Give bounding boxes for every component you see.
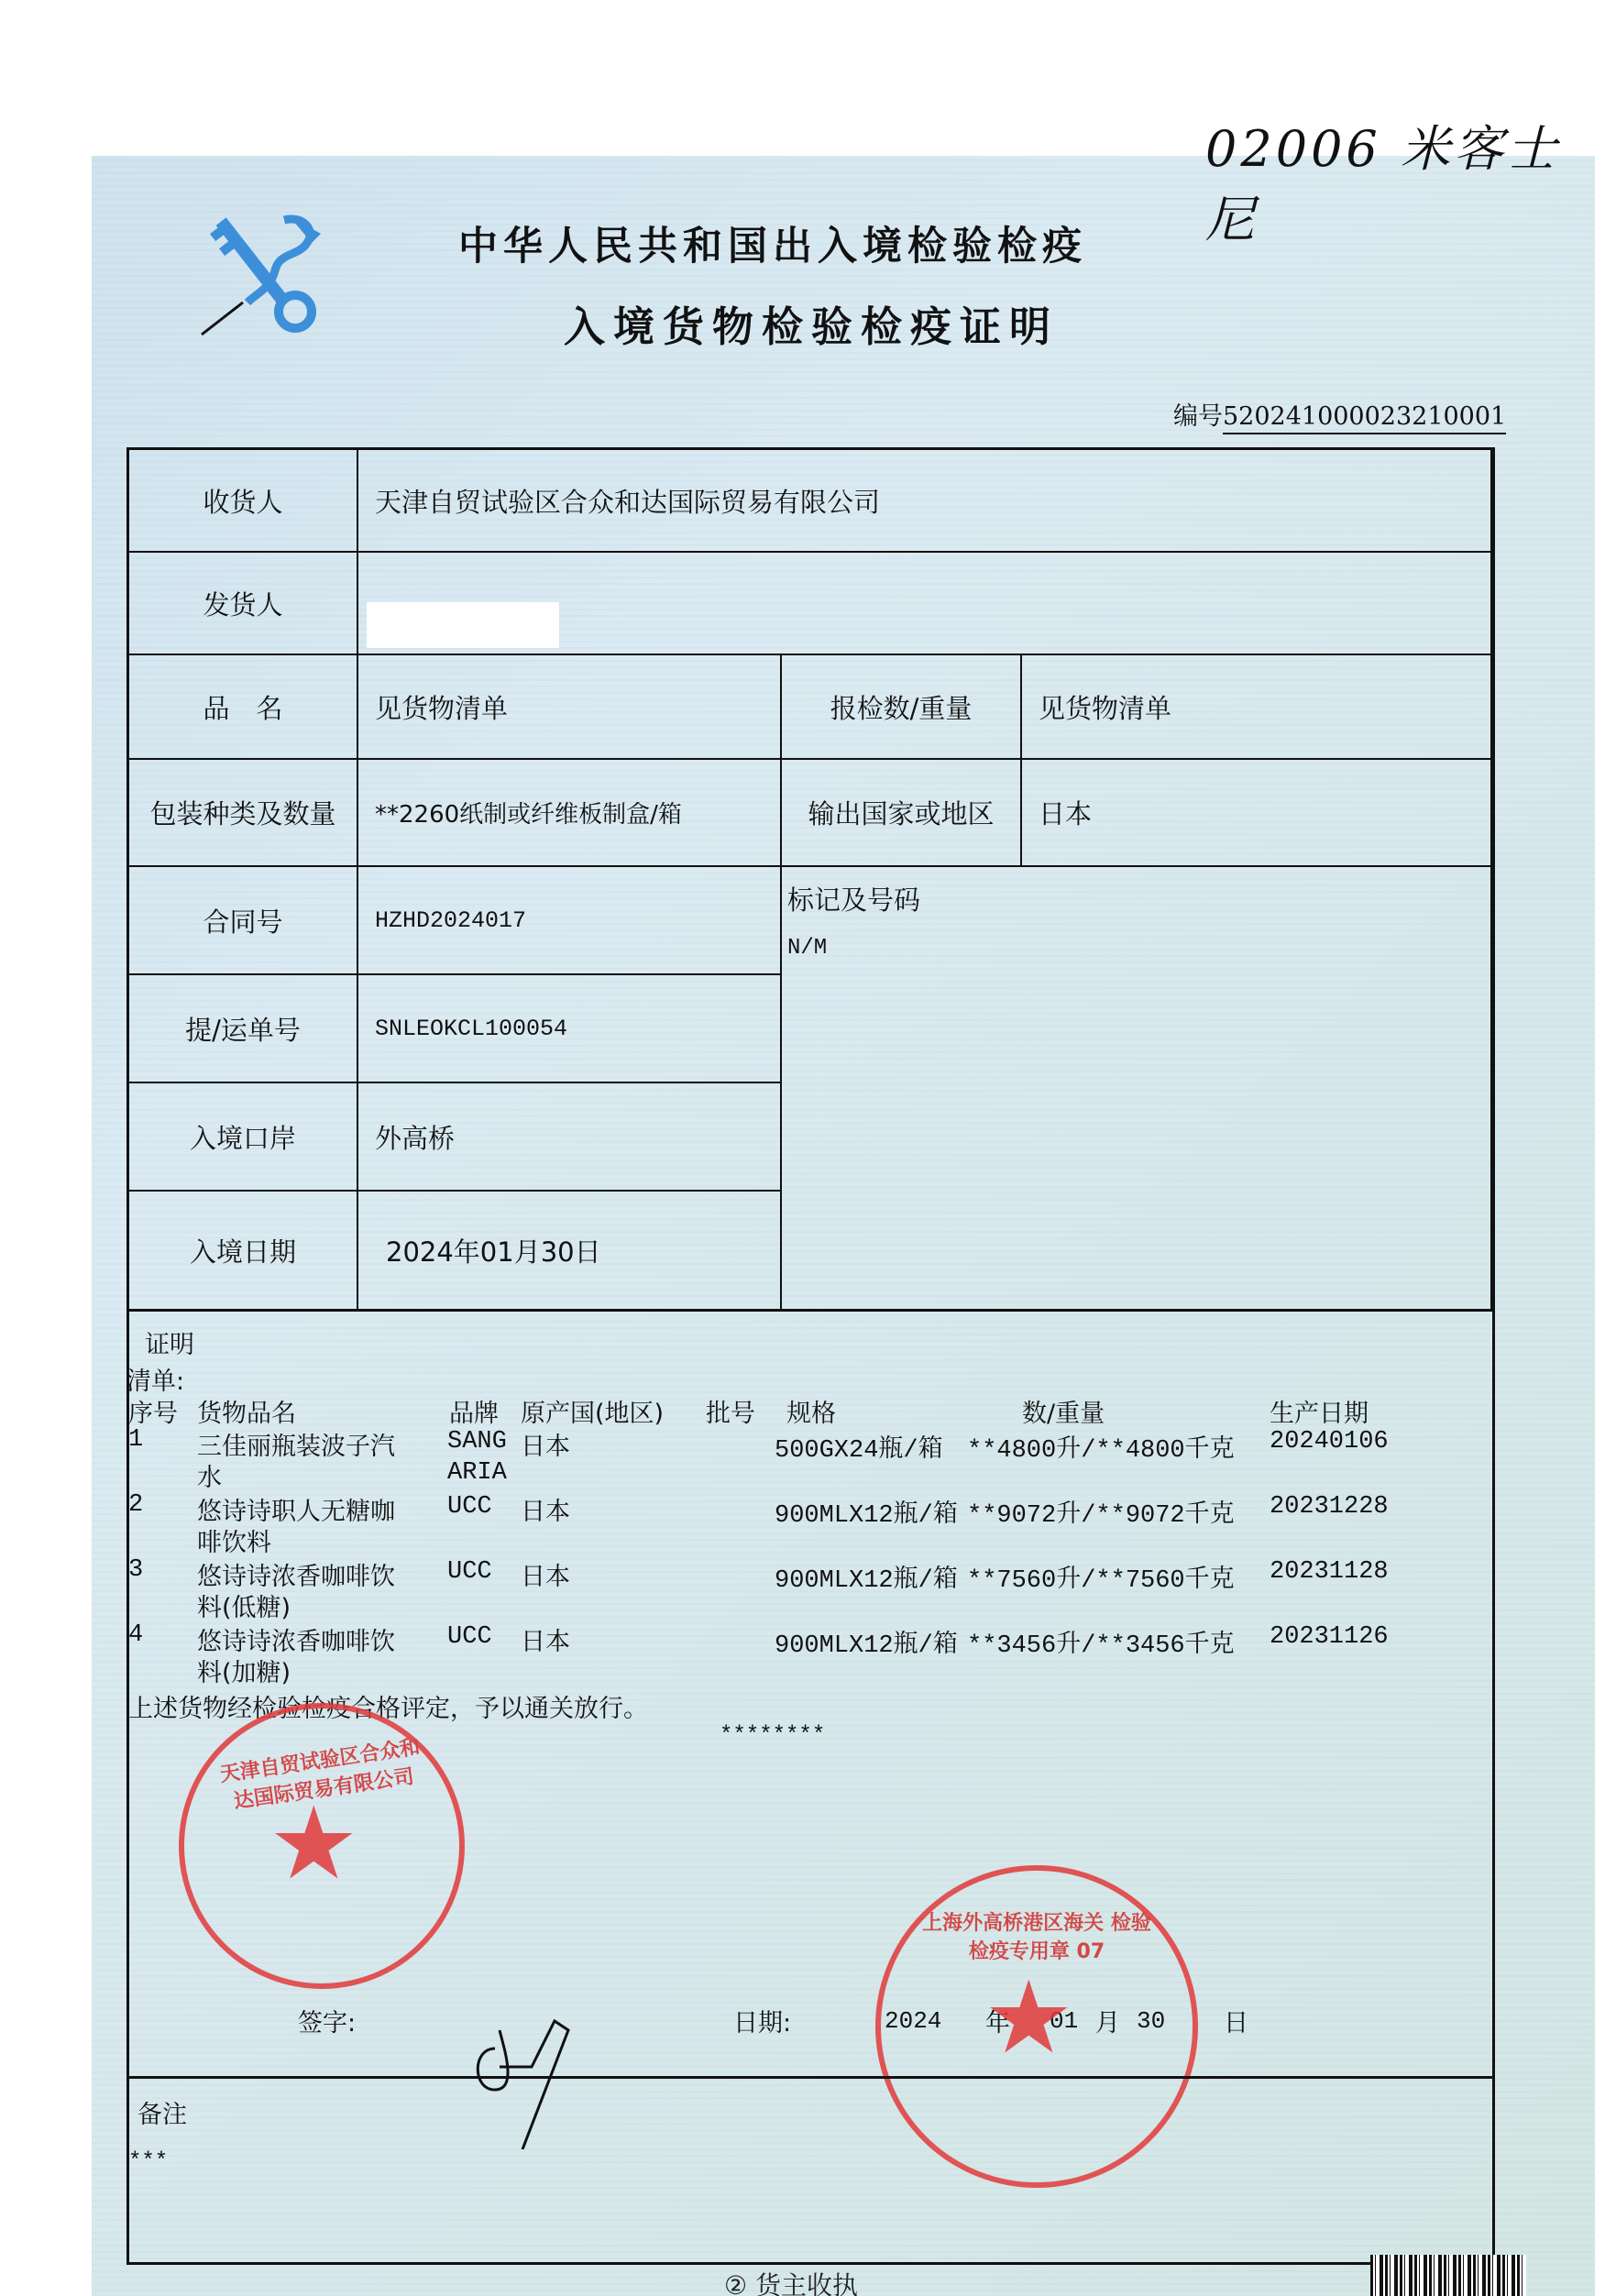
packing-value: **2260纸制或纤维板制盒/箱 <box>358 760 782 867</box>
item-origin: 日本 <box>521 1426 570 1462</box>
column-header: 原产国(地区) <box>521 1393 664 1429</box>
company-seal: ★ 天津自贸试验区合众和达国际贸易有限公司 <box>179 1703 465 1989</box>
item-spec: 900MLX12瓶/箱 <box>775 1493 958 1530</box>
date-day-unit: 日 <box>1224 2003 1248 2038</box>
item-no: 3 <box>128 1556 143 1584</box>
item-production-date: 20231128 <box>1270 1558 1389 1586</box>
bl-value: SNLEOKCL100054 <box>358 975 782 1083</box>
item-qty: **9072升/**9072千克 <box>967 1493 1235 1530</box>
entry-date-label: 入境日期 <box>129 1192 358 1312</box>
copy-note: ② 货主收执 <box>724 2266 858 2296</box>
item-qty: **7560升/**7560千克 <box>967 1558 1235 1595</box>
contract-label: 合同号 <box>129 867 358 975</box>
cert-no-label: 编号 <box>1173 402 1223 431</box>
marks-cell: 标记及号码 N/M <box>782 867 1492 1312</box>
consignor-label: 发货人 <box>129 553 358 655</box>
item-brand: UCC <box>447 1623 492 1651</box>
item-production-date: 20240106 <box>1270 1428 1389 1456</box>
item-name-cont: 啡饮料 <box>197 1522 271 1558</box>
item-name-cont: 料(低糖) <box>197 1587 291 1623</box>
date-label: 日期: <box>733 2003 791 2038</box>
customs-emblem-icon <box>192 202 330 339</box>
item-no: 1 <box>128 1426 143 1454</box>
item-no: 4 <box>128 1621 143 1649</box>
item-name-cont: 水 <box>197 1457 222 1493</box>
item-origin: 日本 <box>521 1621 570 1657</box>
item-brand: SANG <box>447 1428 507 1456</box>
consignee-value: 天津自贸试验区合众和达国际贸易有限公司 <box>358 450 1492 553</box>
bl-label: 提/运单号 <box>129 975 358 1083</box>
remarks-label: 备注 <box>137 2094 187 2130</box>
goods-list-label: 清单: <box>126 1361 184 1397</box>
document-title: 中华人民共和国出入境检验检疫 <box>458 215 1087 271</box>
item-origin: 日本 <box>521 1556 570 1592</box>
item-brand: UCC <box>447 1493 492 1521</box>
item-production-date: 20231228 <box>1270 1493 1389 1521</box>
marks-value: N/M <box>787 936 827 961</box>
item-spec: 900MLX12瓶/箱 <box>775 1558 958 1595</box>
origin-country-label: 输出国家或地区 <box>782 760 1022 867</box>
column-header: 品牌 <box>449 1393 499 1429</box>
goods-name-label: 品 名 <box>129 655 358 760</box>
item-qty: **4800升/**4800千克 <box>967 1428 1235 1465</box>
port-label: 入境口岸 <box>129 1083 358 1192</box>
column-header: 货物品名 <box>197 1393 296 1429</box>
item-production-date: 20231126 <box>1270 1623 1389 1651</box>
cert-section-label: 证明 <box>145 1324 194 1360</box>
item-no: 2 <box>128 1491 143 1519</box>
declared-qty-label: 报检数/重量 <box>782 655 1022 760</box>
entry-date-value: 2024年01月30日 <box>358 1192 782 1312</box>
item-brand-cont: ARIA <box>447 1459 507 1487</box>
declared-qty-value: 见货物清单 <box>1022 655 1492 760</box>
cert-no-value: 520241000023210001 <box>1223 402 1506 434</box>
end-mark: ******** <box>720 1723 825 1748</box>
column-header: 序号 <box>128 1393 178 1429</box>
shipment-info-table: 收货人 天津自贸试验区合众和达国际贸易有限公司 发货人 品 名 见货物清单 报检… <box>126 447 1495 1312</box>
column-header: 批号 <box>706 1393 755 1429</box>
remarks-section <box>126 2079 1495 2265</box>
marks-label: 标记及号码 <box>787 880 920 917</box>
packing-label: 包装种类及数量 <box>129 760 358 867</box>
remarks-value: *** <box>128 2149 168 2174</box>
item-spec: 500GX24瓶/箱 <box>775 1428 943 1465</box>
item-qty: **3456升/**3456千克 <box>967 1623 1235 1660</box>
item-name: 三佳丽瓶装波子汽 <box>197 1426 395 1462</box>
star-icon: ★ <box>269 1793 359 1894</box>
certificate-number: 编号520241000023210001 <box>1173 396 1506 432</box>
origin-country-value: 日本 <box>1022 760 1492 867</box>
redacted-consignor <box>367 602 559 648</box>
consignee-label: 收货人 <box>129 450 358 553</box>
item-name-cont: 料(加糖) <box>197 1653 291 1688</box>
star-icon: ★ <box>984 1967 1074 2068</box>
goods-name-value: 见货物清单 <box>358 655 782 760</box>
barcode <box>1370 2255 1526 2296</box>
column-header: 数/重量 <box>1022 1393 1105 1429</box>
official-seal-text: 上海外高桥港区海关 检验检疫专用章 07 <box>918 1907 1156 1964</box>
contract-value: HZHD2024017 <box>358 867 782 975</box>
item-spec: 900MLX12瓶/箱 <box>775 1623 958 1660</box>
handwritten-note: 02006 米客士尼 <box>1205 110 1605 251</box>
port-value: 外高桥 <box>358 1083 782 1192</box>
document-subtitle: 入境货物检验检疫证明 <box>564 293 1059 353</box>
signature-label: 签字: <box>298 2003 356 2038</box>
item-brand: UCC <box>447 1558 492 1586</box>
item-origin: 日本 <box>521 1491 570 1527</box>
column-header: 规格 <box>786 1393 836 1429</box>
column-header: 生产日期 <box>1270 1393 1369 1429</box>
